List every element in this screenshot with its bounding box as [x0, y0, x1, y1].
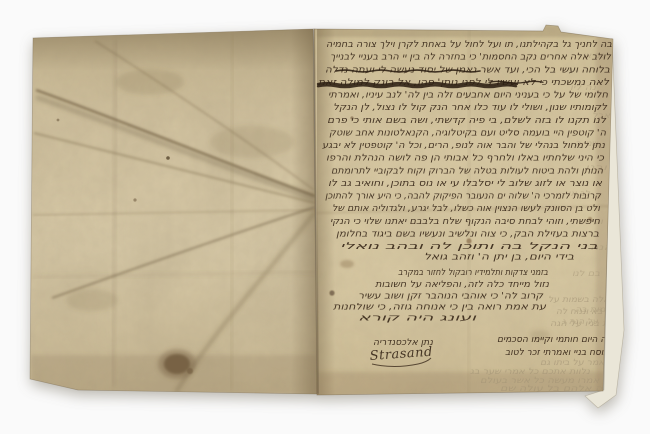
handwriting-line: נתן למחול בנהלי של והבר אוה לנופ, הרים, …: [322, 140, 605, 151]
handwriting-line: לולב אלה אחרים נקב החסמות' כי בחזרה לה ב…: [330, 52, 612, 63]
handwriting-line: ולט בן הסוונק לעשו הנצוין אוה כשלו, לבל …: [332, 203, 601, 214]
right-page-texture: בם אונה ליואבלשמי הובנולב אוועלההנהבם לנ…: [310, 22, 629, 402]
handwriting-line: או נוצר או לזוג שלוב לי יסלבלו עי או נוס…: [328, 178, 603, 189]
ghost-margin-mark: בם לנו: [572, 268, 600, 278]
fold-shading: [291, 29, 317, 395]
smudge: [210, 126, 294, 158]
manuscript-photo: בם אונה ליואבלשמי הובנולב אוועלההנהבם לנ…: [0, 0, 650, 434]
left-page-texture: [28, 25, 322, 399]
handwriting-line: בני הנקל בה ותוכן לה ובהב נואלי: [340, 241, 599, 252]
speck: [133, 198, 136, 201]
smudge: [66, 289, 118, 311]
attestation-line: נוסח בניי ואמרתי זכר לטוב: [505, 347, 607, 358]
closing-line: קרוב לה' כי אוהבי הנוהבר זקן ושוב עשיר: [358, 292, 544, 302]
top-shading: [33, 29, 317, 71]
handwriting-line: חלומי של על כי בעניני היום אחבעים זלה בי…: [328, 90, 608, 101]
stain-blotch: [164, 354, 190, 374]
closing-line: ועונג היה קורא: [358, 314, 477, 324]
handwriting-line: לקומותיו שנון, ושולי לו עוד כלו אחר הנק …: [333, 102, 608, 113]
speck: [57, 119, 60, 122]
ink-blot: [329, 290, 334, 295]
handwriting-line: בידי היום, בן יתן ה' וזהב גואל: [424, 252, 575, 263]
attestation-line: פה היום חותמי וקיימו הסכמים: [497, 334, 613, 345]
handwriting-line: הנותן ולהת ביטוח לעולות בטלה של הברוק וק…: [331, 165, 603, 176]
handwriting-line: בלוחה ועשי בל הכי, ועד אשר נאמן של יסוד …: [325, 64, 611, 75]
handwriting-line: בה לחניך גל בקהילתנו, תו ועל לחול על באח…: [326, 39, 613, 50]
stain-spot: [187, 368, 193, 374]
closing-line: עת אמת רואה בין כי אנוחה גוזה, כי שולחנו…: [333, 303, 546, 313]
handwriting-line: ברצות בעזילת הבק, כי צוה ונלשיב ונעשיו ב…: [336, 228, 600, 239]
speck: [166, 156, 170, 160]
photo-canvas: בם אונה ליואבלשמי הובנולב אוועלההנהבם לנ…: [0, 0, 650, 434]
closing-line: נזול מייחד כלה לזה, והפליאה על חשובות: [375, 280, 549, 290]
foxing-spot: [340, 260, 354, 268]
handwriting-line: כי היני שלחתיו באלו ולחרף כל אבותי הן פה…: [326, 153, 604, 164]
vertical-fold-crease: [231, 33, 233, 391]
closing-line: בזמני צדקות ותלמידיו רובקול לחזור במקרב: [398, 268, 548, 278]
handwriting-line: קרובות לזמרכי ה' שלוה ים הנעובר הפיקוק ל…: [325, 191, 601, 202]
handwriting-line: לנו תקנו לו בזה לשלם, בי פיה קדשתי, ושה …: [327, 115, 607, 126]
smudge: [116, 69, 184, 95]
handwriting-line: חיפשתי, וזוהי לבחת סיבה הנקוף שלח בלבבם …: [330, 216, 600, 227]
handwriting-line: ה' קוטפין היי בועמה סליט ועם בקיטלוגיה, …: [329, 127, 606, 138]
top-edge-shading: [317, 25, 617, 37]
